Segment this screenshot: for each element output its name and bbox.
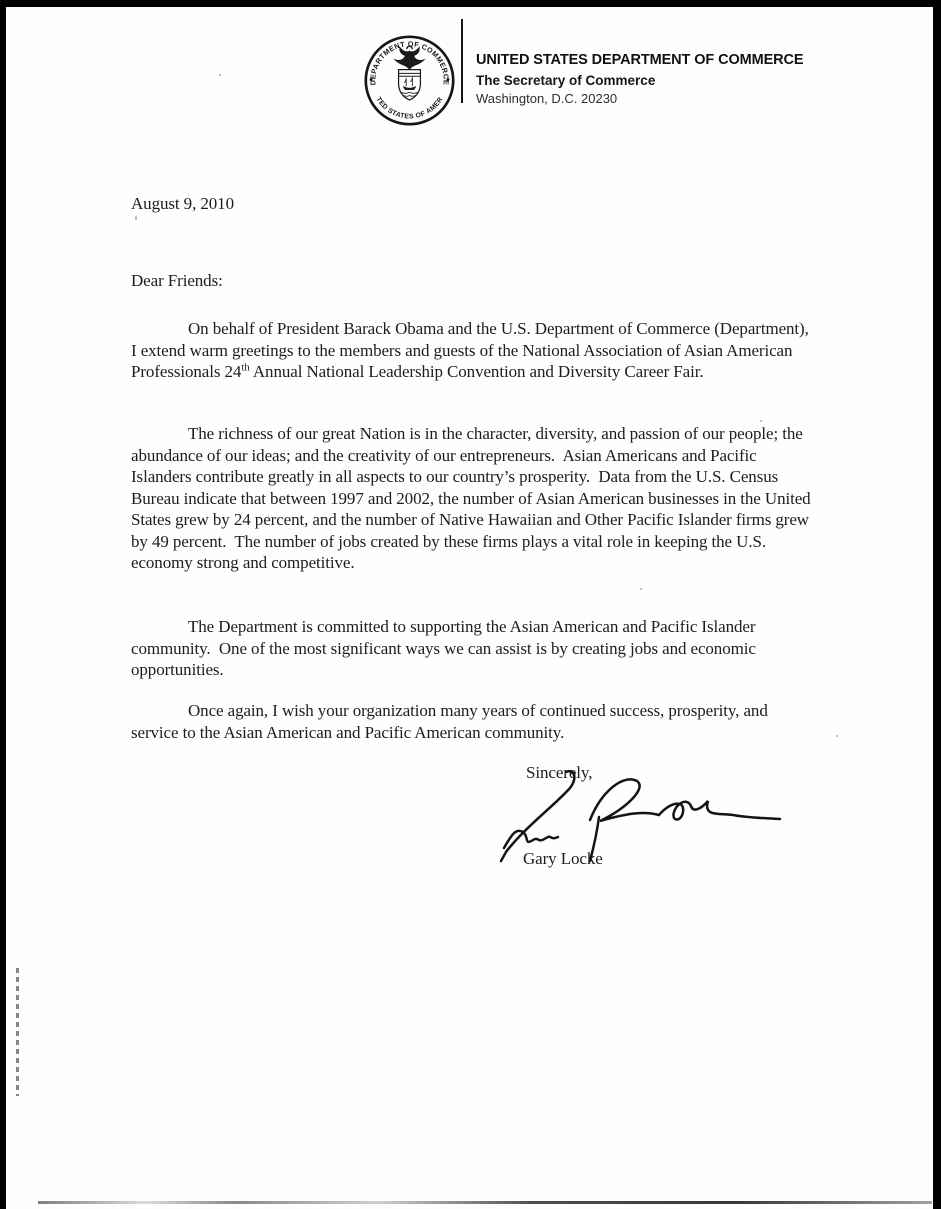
scan-speck — [219, 74, 221, 76]
paragraph-2: The richness of our great Nation is in t… — [131, 423, 817, 574]
commerce-seal-icon: DEPARTMENT OF COMMERCE UNITED STATES OF … — [362, 33, 457, 128]
letter-date: August 9, 2010 — [131, 193, 234, 215]
scan-border-right — [933, 0, 941, 1209]
letterhead-agency-line: UNITED STATES DEPARTMENT OF COMMERCE — [476, 50, 803, 71]
seal-left-star — [370, 78, 373, 81]
paragraph-1: On behalf of President Barack Obama and … — [131, 318, 817, 383]
letterhead-address-line: Washington, D.C. 20230 — [476, 90, 803, 108]
paragraph-4: Once again, I wish your organization man… — [131, 700, 817, 743]
scan-border-bottom — [38, 1201, 932, 1204]
paragraph-1-text-after: Annual National Leadership Convention an… — [250, 362, 704, 381]
signer-name: Gary Locke — [523, 848, 603, 870]
letterhead-text-block: UNITED STATES DEPARTMENT OF COMMERCE The… — [476, 50, 803, 108]
letterhead-divider — [461, 19, 463, 103]
scan-speck — [640, 588, 642, 590]
seal-right-star — [447, 78, 450, 81]
scan-speck — [760, 420, 762, 422]
scan-speck — [135, 216, 137, 220]
paragraph-3: The Department is committed to supportin… — [131, 616, 817, 681]
scan-streak-artifact — [16, 968, 19, 1096]
scanned-letter-page: DEPARTMENT OF COMMERCE UNITED STATES OF … — [0, 0, 941, 1209]
salutation: Dear Friends: — [131, 270, 223, 292]
ordinal-superscript: th — [241, 361, 249, 373]
seal-shield-icon — [399, 70, 421, 100]
letterhead-office-line: The Secretary of Commerce — [476, 71, 803, 90]
scan-border-top — [0, 0, 941, 7]
scan-border-left — [0, 0, 6, 1209]
signature-image — [462, 768, 792, 868]
seal-ship-icon — [401, 77, 417, 96]
scan-speck — [836, 735, 838, 737]
